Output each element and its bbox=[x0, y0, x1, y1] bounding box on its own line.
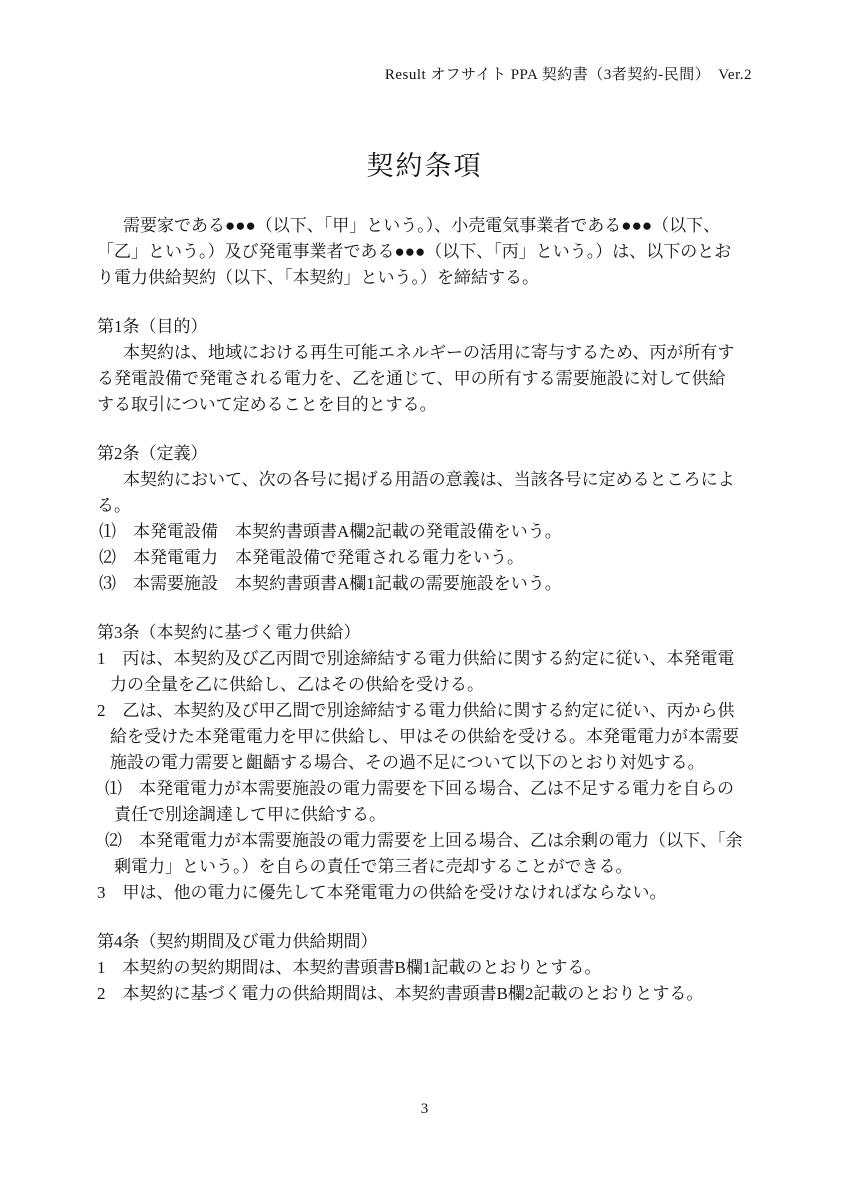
document-page: Result オフサイト PPA 契約書（3者契約-民間） Ver.2 契約条項… bbox=[0, 0, 849, 1200]
article-4-section: 第4条（契約期間及び電力供給期間） 1 本契約の契約期間は、本契約書頭書B欄1記… bbox=[97, 929, 761, 1007]
document-body: 需要家である●●●（以下、「甲」という。）、小売電気事業者である●●●（以下、 … bbox=[97, 213, 761, 1007]
article-3-section: 第3条（本契約に基づく電力供給） 1 丙は、本契約及び乙丙間で別途締結する電力供… bbox=[97, 620, 761, 906]
document-title: 契約条項 bbox=[0, 144, 849, 183]
preamble-line: り電力供給契約（以下、「本契約」という。）を締結する。 bbox=[97, 265, 761, 291]
definition-item: ⑶ 本需要施設 本契約書頭書A欄1記載の需要施設をいう。 bbox=[97, 571, 761, 597]
article-2-line: 本契約において、次の各号に掲げる用語の意義は、当該各号に定めるところによ bbox=[97, 467, 761, 493]
article-3-subitem-1-line: 責任で別途調達して甲に供給する。 bbox=[97, 802, 761, 828]
article-4-clause-line: 1 本契約の契約期間は、本契約書頭書B欄1記載のとおりとする。 bbox=[97, 955, 761, 981]
preamble-line: 需要家である●●●（以下、「甲」という。）、小売電気事業者である●●●（以下、 bbox=[97, 213, 761, 239]
article-3-clause-2-line: 施設の電力需要と齟齬する場合、その過不足について以下のとおり対処する。 bbox=[97, 750, 761, 776]
article-1-section: 第1条（目的） 本契約は、地域における再生可能エネルギーの活用に寄与するため、丙… bbox=[97, 314, 761, 418]
article-2-section: 第2条（定義） 本契約において、次の各号に掲げる用語の意義は、当該各号に定めると… bbox=[97, 441, 761, 597]
article-4-clause-line: 2 本契約に基づく電力の供給期間は、本契約書頭書B欄2記載のとおりとする。 bbox=[97, 981, 761, 1007]
article-1-heading: 第1条（目的） bbox=[97, 314, 761, 340]
article-3-clause-2-line: 給を受けた本発電電力を甲に供給し、甲はその供給を受ける。本発電電力が本需要 bbox=[97, 724, 761, 750]
page-number: 3 bbox=[0, 1101, 849, 1118]
article-3-clause-1-line: 1 丙は、本契約及び乙丙間で別途締結する電力供給に関する約定に従い、本発電電 bbox=[97, 646, 761, 672]
preamble-line: 「乙」という。）及び発電事業者である●●●（以下、「丙」という。）は、以下のとお bbox=[97, 239, 761, 265]
article-3-subitem-2-line: ⑵ 本発電電力が本需要施設の電力需要を上回る場合、乙は余剰の電力（以下、「余 bbox=[97, 828, 761, 854]
definition-item: ⑵ 本発電電力 本発電設備で発電される電力をいう。 bbox=[97, 545, 761, 571]
article-3-subitem-1-line: ⑴ 本発電電力が本需要施設の電力需要を下回る場合、乙は不足する電力を自らの bbox=[97, 776, 761, 802]
article-1-line: る発電設備で発電される電力を、乙を通じて、甲の所有する需要施設に対して供給 bbox=[97, 366, 761, 392]
definition-item: ⑴ 本発電設備 本契約書頭書A欄2記載の発電設備をいう。 bbox=[97, 519, 761, 545]
preamble-paragraph: 需要家である●●●（以下、「甲」という。）、小売電気事業者である●●●（以下、 … bbox=[97, 213, 761, 291]
article-2-heading: 第2条（定義） bbox=[97, 441, 761, 467]
article-3-clause-1-line: 力の全量を乙に供給し、乙はその供給を受ける。 bbox=[97, 672, 761, 698]
article-1-line: する取引について定めることを目的とする。 bbox=[97, 392, 761, 418]
article-2-line: る。 bbox=[97, 493, 761, 519]
article-4-heading: 第4条（契約期間及び電力供給期間） bbox=[97, 929, 761, 955]
article-3-clause-2-line: 2 乙は、本契約及び甲乙間で別途締結する電力供給に関する約定に従い、丙から供 bbox=[97, 698, 761, 724]
article-3-subitem-2-line: 剰電力」という。）を自らの責任で第三者に売却することができる。 bbox=[97, 854, 761, 880]
article-3-heading: 第3条（本契約に基づく電力供給） bbox=[97, 620, 761, 646]
article-3-clause-3-line: 3 甲は、他の電力に優先して本発電電力の供給を受けなければならない。 bbox=[97, 880, 761, 906]
running-header: Result オフサイト PPA 契約書（3者契約-民間） Ver.2 bbox=[385, 63, 752, 84]
article-1-line: 本契約は、地域における再生可能エネルギーの活用に寄与するため、丙が所有す bbox=[97, 340, 761, 366]
